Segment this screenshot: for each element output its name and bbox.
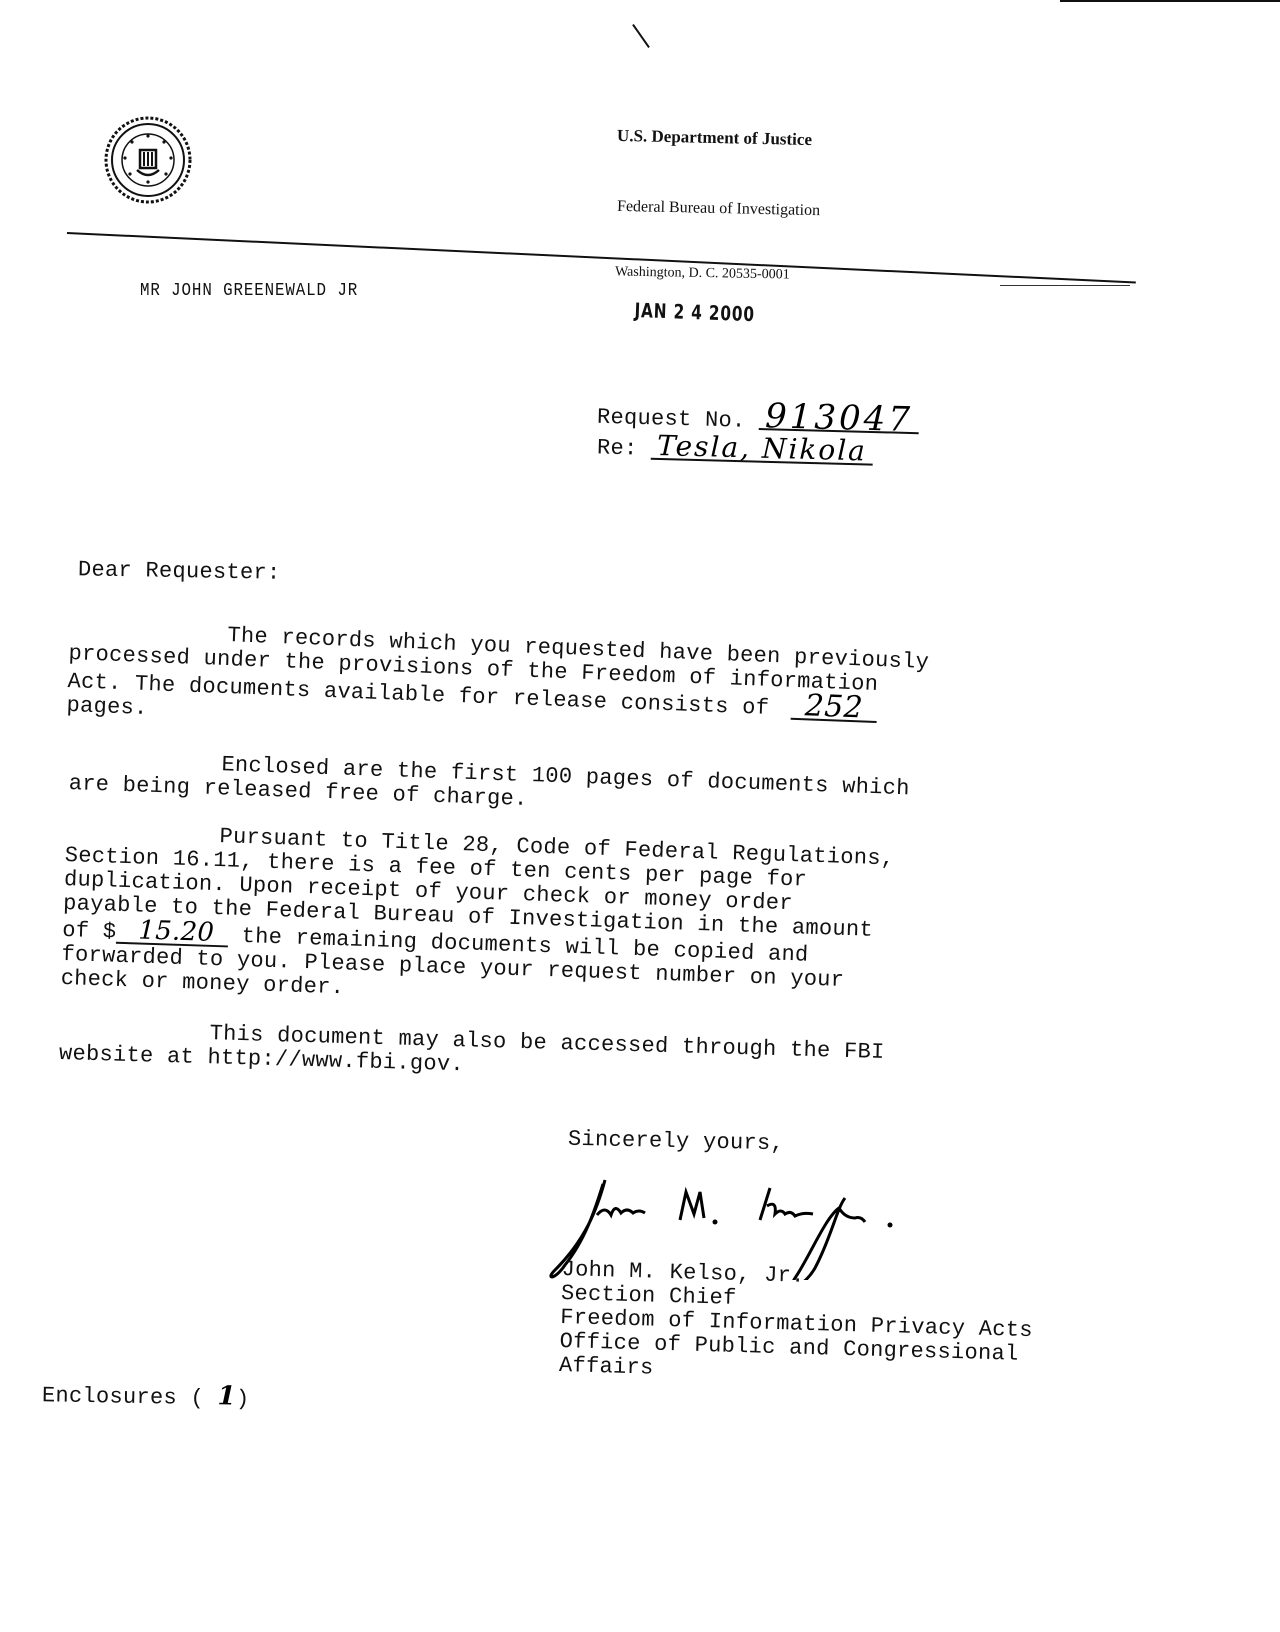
request-number-value: 913047 xyxy=(759,404,919,434)
re-label: Re: xyxy=(597,435,638,461)
bureau-name: Federal Bureau of Investigation xyxy=(617,198,820,220)
enclosures-close: ) xyxy=(236,1387,250,1412)
recipient-name: MR JOHN GREENEWALD JR xyxy=(140,279,358,303)
scan-mark-top-right xyxy=(1060,0,1280,2)
signature-block: John M. Kelso, Jr. Section Chief Freedom… xyxy=(559,1258,1035,1391)
paragraph-website: This document may also be accessed throu… xyxy=(59,1018,885,1089)
re-row: Re: Tesla, Nikola xyxy=(597,432,873,467)
department-name: U.S. Department of Justice xyxy=(617,126,812,150)
paragraph-records: The records which you requested have bee… xyxy=(66,618,929,751)
valediction: Sincerely yours, xyxy=(568,1128,785,1157)
salutation: Dear Requester: xyxy=(78,558,281,586)
letterhead-divider-tail xyxy=(1000,285,1130,286)
paragraph-enclosed: Enclosed are the first 100 pages of docu… xyxy=(68,748,910,825)
paragraph-fee: Pursuant to Title 28, Code of Federal Re… xyxy=(60,820,894,1018)
enclosures-line: Enclosures ( 1) xyxy=(42,1381,250,1412)
p3-line-5-prefix: of $ xyxy=(62,918,117,945)
enclosures-label: Enclosures ( xyxy=(42,1383,204,1411)
office-address: Washington, D. C. 20535-0001 xyxy=(615,264,790,283)
enclosures-count: 1 xyxy=(217,1381,236,1411)
letterhead-divider xyxy=(67,232,1136,283)
fee-amount-value: 15.20 xyxy=(116,918,229,948)
date-stamp: JAN 2 4 2000 xyxy=(634,298,755,326)
fbi-seal-icon xyxy=(104,116,192,204)
scan-mark-slash xyxy=(632,24,650,48)
page-count-value: 252 xyxy=(790,694,877,723)
re-subject: Tesla, Nikola xyxy=(651,434,873,466)
